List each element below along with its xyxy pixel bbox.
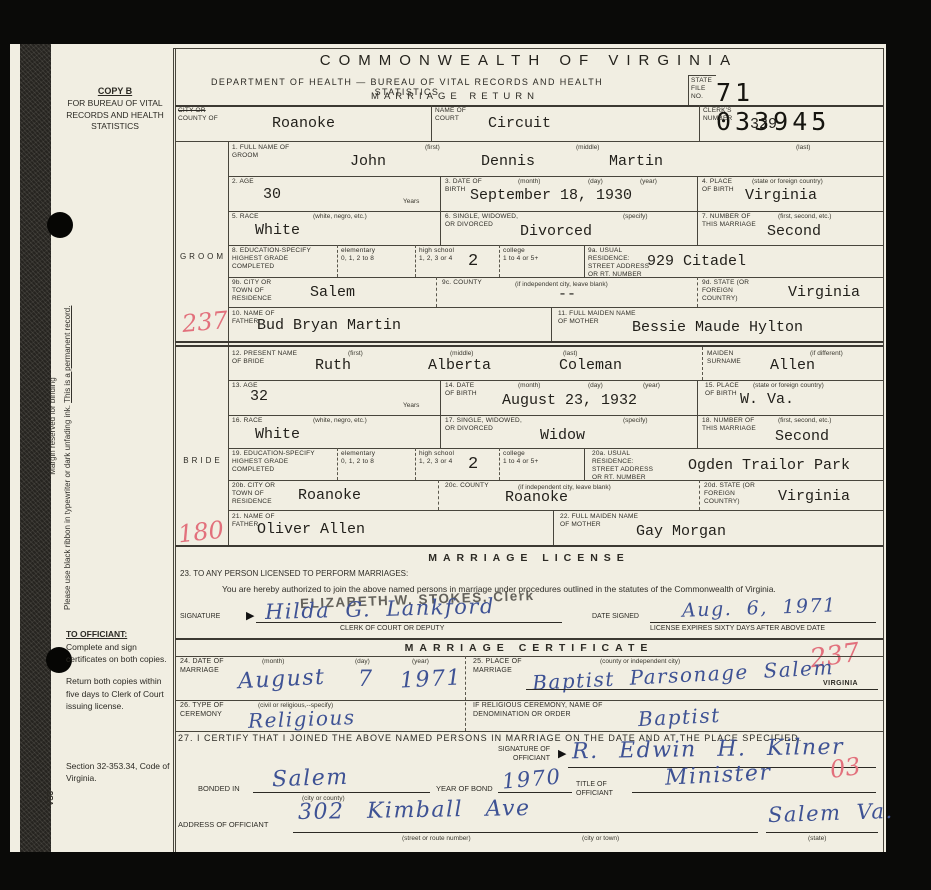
grid-line [553,510,554,545]
clerk-number-label: CLERK'S NUMBER [703,107,743,123]
edu-elementary-range: 0, 1, 2 to 8 [341,458,374,465]
year-hint: (year) [640,178,657,186]
groom-race-label: 5. RACE [232,213,259,221]
bride-pob-value: W. Va. [740,391,794,408]
date-signed-label: DATE SIGNED [592,612,639,621]
grid-line [440,176,441,245]
groom-section-label: GROOM [178,252,228,261]
place-state-print: VIRGINIA [823,680,858,687]
marriage-place-label: 25. PLACE OF MARRIAGE [473,658,523,676]
groom-first-name: John [350,153,386,170]
bride-residence-label: 20a. USUAL RESIDENCE: STREET ADDRESS OR … [592,450,654,483]
edu-highschool-word: high school [419,450,454,457]
groom-residence-value: 929 Citadel [647,253,746,270]
edu-elementary-label: elementary 0, 1, 2 to 8 [341,450,401,466]
signature-arrow-icon: ▶ [246,609,254,622]
race-hint: (white, negro, etc.) [313,417,367,425]
grid-line [175,700,883,701]
punch-hole-icon [47,212,73,238]
marriage-day-value: 7 [358,667,374,692]
court-value: Circuit [488,115,551,132]
officiant-title-line [632,792,876,793]
edu-college-range: 1 to 4 or 5+ [503,458,538,465]
officiant-signature: R. Edwin H. Kilner [572,735,845,765]
date-signed-line [650,622,876,623]
bride-status-value: Widow [540,427,585,444]
edu-highschool-word: high school [419,247,454,254]
signature-label: SIGNATURE [180,612,220,621]
margin-ink-text: Please use black ribbon in typewriter or… [63,405,72,610]
month-hint: (month) [518,382,540,390]
edu-college-label: college 1 to 4 or 5+ [503,247,563,263]
license-expires-note: LICENSE EXPIRES SIXTY DAYS AFTER ABOVE D… [650,624,825,633]
grid-line [415,245,416,277]
officiant-address-state: Salem Va. [768,799,894,827]
bride-first-name: Ruth [315,357,351,374]
bride-education-label: 19. EDUCATION-SPECIFY HIGHEST GRADE COMP… [232,450,327,474]
bride-education-value: 2 [468,455,478,474]
bonded-line [253,792,430,793]
grid-line [228,277,883,278]
grid-line [702,347,703,380]
grid-line [883,48,884,852]
to-officiant-note: TO OFFICIANT: Complete and sign certific… [66,628,176,712]
grid-line [699,105,700,141]
grid-line [228,380,883,381]
form-code: VS3 [46,791,55,806]
groom-education-label: 8. EDUCATION-SPECIFY HIGHEST GRADE COMPL… [232,247,327,271]
scanned-marriage-return: COPY B FOR BUREAU OF VITAL RECORDS AND H… [0,0,931,890]
specify-hint: (specify) [623,417,648,425]
license-title: MARRIAGE LICENSE [175,552,883,564]
form-title: COMMONWEALTH OF VIRGINIA [175,52,883,69]
grid-line [175,345,883,347]
bride-dob-value: August 23, 1932 [502,392,637,409]
grid-line [228,307,883,308]
marriage-no-hint: (first, second, etc.) [778,417,831,425]
grid-line [499,245,500,277]
marriage-year-value: 1971 [399,665,462,693]
copy-for-label: FOR BUREAU OF VITAL RECORDS AND HEALTH S… [56,98,174,132]
groom-state-value: Virginia [788,284,860,301]
officiant-title-value: Minister [664,760,772,791]
last-hint: (last) [796,144,810,152]
grid-line [697,277,698,307]
year-hint: (year) [412,658,429,666]
bride-county-value: Roanoke [505,489,568,506]
bride-county-label: 20c. COUNTY [445,482,489,490]
groom-age-label: 2. AGE [232,178,254,186]
grid-line [228,141,229,545]
grid-line [436,277,437,307]
groom-state-label: 9d. STATE (OR FOREIGN COUNTRY) [702,279,757,303]
groom-mother-label: 11. FULL MAIDEN NAME OF MOTHER [558,310,638,326]
maiden-surname-label: MAIDEN SURNAME [707,350,752,366]
denomination-value: Baptist [637,703,721,731]
bride-dob-label: 14. DATE OF BIRTH [445,382,485,398]
grid-line [175,341,883,343]
grid-line [175,656,883,657]
day-hint: (day) [355,658,370,666]
bride-race-value: White [255,426,300,443]
groom-status-label: 6. SINGLE, WIDOWED, OR DIVORCED [445,213,530,229]
binding-strip [20,44,51,852]
county-value: Roanoke [272,115,335,132]
to-officiant-title: TO OFFICIANT: [66,628,176,641]
edu-highschool-range: 1, 2, 3 or 4 [419,458,452,465]
grid-line [337,448,338,480]
bride-status-label: 17. SINGLE, WIDOWED, OR DIVORCED [445,417,530,433]
state-file-label: STATE FILE NO. [691,77,715,101]
signature-sub-label: CLERK OF COURT OR DEPUTY [340,624,444,633]
groom-father-value: Bud Bryan Martin [257,317,401,334]
grid-line [175,638,883,640]
to-officiant-p1: Complete and sign certificates on both c… [66,641,176,666]
grid-line [699,480,700,510]
margin-ink-note: Please use black ribbon in typewriter or… [63,258,73,610]
month-hint: (month) [518,178,540,186]
street-hint: (street or route number) [402,835,471,843]
grid-line [228,415,883,416]
marriage-date-label: 24. DATE OF MARRIAGE [180,658,230,676]
year-hint: (year) [643,382,660,390]
bond-year-value: 1970 [501,764,562,793]
years-label: Years [403,198,419,206]
groom-pob-value: Virginia [745,187,817,204]
document-page: COPY B FOR BUREAU OF VITAL RECORDS AND H… [10,44,886,852]
date-signed-value: Aug. 6, 1971 [682,594,837,621]
edu-college-range: 1 to 4 or 5+ [503,255,538,262]
copy-designation: COPY B FOR BUREAU OF VITAL RECORDS AND H… [56,84,174,133]
grid-line [688,75,689,105]
day-hint: (day) [588,382,603,390]
bride-margin-annotation: 180 [177,516,225,549]
grid-line [465,656,466,731]
grid-line [175,545,883,547]
pob-hint: (state or foreign country) [752,178,823,186]
groom-marriage-no-label: 7. NUMBER OF THIS MARRIAGE [702,213,757,229]
grid-line [175,141,883,142]
bride-marriage-no-value: Second [775,428,829,445]
city-town-hint: (city or town) [582,835,619,843]
bride-state-value: Virginia [778,488,850,505]
bonded-value: Salem [272,765,349,793]
bride-marriage-no-label: 18. NUMBER OF THIS MARRIAGE [702,417,757,433]
grid-line [228,245,883,246]
grid-line [228,211,883,212]
groom-last-name: Martin [609,153,663,170]
margin-binding-note: Margin reserved for binding [48,360,58,492]
grid-line [173,48,884,49]
bride-maiden-value: Allen [770,357,815,374]
ceremony-value: Religious [248,705,356,733]
day-hint: (day) [588,178,603,186]
groom-middle-name: Dennis [481,153,535,170]
certificate-title: MARRIAGE CERTIFICATE [175,642,883,654]
officiant-address-label: ADDRESS OF OFFICIANT [178,820,268,830]
bride-name-label: 12. PRESENT NAME OF BRIDE [232,350,307,366]
ceremony-type-label: 26. TYPE OF CEREMONY [180,702,225,720]
grid-line [697,176,698,245]
bride-middle-name: Alberta [428,357,491,374]
bride-last-name: Coleman [559,357,622,374]
groom-margin-annotation: 237 [181,306,229,338]
margin-permanent-text: This is a permanent record. [63,306,72,403]
first-hint: (first) [425,144,440,152]
clerk-signature: Hilda G. Lankford [265,594,495,624]
edu-elementary-word: elementary [341,247,375,254]
middle-hint: (middle) [576,144,599,152]
grid-line [415,448,416,480]
groom-county-value: -- [558,286,576,303]
officiant-title-label: TITLE OF OFFICIANT [576,780,618,798]
years-label: Years [403,402,419,410]
code-reference: Section 32-353.34, Code of Virginia. [66,760,176,785]
grid-line [228,480,883,481]
court-label: NAME OF COURT [435,107,475,123]
grid-line [228,176,883,177]
denomination-label: IF RELIGIOUS CEREMONY, NAME OF DENOMINAT… [473,702,623,720]
bride-mother-label: 22. FULL MAIDEN NAME OF MOTHER [560,513,640,529]
address-state-line [766,832,878,833]
bride-father-value: Oliver Allen [257,521,365,538]
grid-line [228,448,883,449]
groom-city-value: Salem [310,284,355,301]
bride-city-label: 20b. CITY OR TOWN OF RESIDENCE [232,482,292,506]
bride-section-label: BRIDE [178,456,228,465]
officiant-signature-label: SIGNATURE OF OFFICIANT [488,745,550,763]
groom-county-label: 9c. COUNTY [442,279,482,287]
officiant-address-value: 302 Kimball Ave [298,796,531,825]
race-hint: (white, negro, etc.) [313,213,367,221]
grid-line [438,480,439,510]
bride-residence-value: Ogden Trailor Park [688,457,850,474]
bride-pob-label: 15. PLACE OF BIRTH [705,382,743,398]
marriage-month-value: August [237,665,326,695]
groom-pob-label: 4. PLACE OF BIRTH [702,178,740,194]
county-of-label: COUNTY OF [178,115,218,122]
bond-year-label: YEAR OF BOND [436,784,493,794]
marriage-no-hint: (first, second, etc.) [778,213,831,221]
groom-age-value: 30 [263,186,281,203]
bride-race-label: 16. RACE [232,417,263,425]
grid-line [175,105,883,107]
grid-line [431,105,432,141]
groom-dob-value: September 18, 1930 [470,187,632,204]
state-hint: (state) [808,835,826,843]
signature-arrow-icon: ▶ [558,747,566,760]
grid-line [697,380,698,448]
edu-elementary-range: 0, 1, 2 to 8 [341,255,374,262]
pob-hint: (state or foreign country) [753,382,824,390]
grid-line [688,75,716,76]
copy-label: COPY B [56,84,174,98]
clerk-number-value: 329 [750,116,777,133]
bride-state-label: 20d. STATE (OR FOREIGN COUNTRY) [704,482,759,506]
groom-city-label: 9b. CITY OR TOWN OF RESIDENCE [232,279,292,303]
month-hint: (month) [262,658,284,666]
county-label: CITY OR COUNTY OF [178,107,228,123]
groom-residence-label: 9a. USUAL RESIDENCE: STREET ADDRESS OR R… [588,247,650,280]
certificate-code-annotation: 03 [828,752,862,784]
place-line [526,689,878,690]
edu-college-word: college [503,247,525,254]
groom-status-value: Divorced [520,223,592,240]
edu-college-label: college 1 to 4 or 5+ [503,450,563,466]
groom-marriage-no-value: Second [767,223,821,240]
grid-line [584,245,585,277]
bride-mother-value: Gay Morgan [636,523,726,540]
groom-education-value: 2 [468,252,478,271]
grid-line [337,245,338,277]
grid-line [499,448,500,480]
edu-highschool-range: 1, 2, 3 or 4 [419,255,452,262]
bonded-in-label: BONDED IN [198,784,240,794]
license-item23: 23. TO ANY PERSON LICENSED TO PERFORM MA… [180,569,408,579]
edu-elementary-word: elementary [341,450,375,457]
bride-city-value: Roanoke [298,487,361,504]
to-officiant-p2: Return both copies within five days to C… [66,675,176,712]
edu-college-word: college [503,450,525,457]
groom-name-label: 1. FULL NAME OF GROOM [232,144,302,160]
groom-race-value: White [255,222,300,239]
address-line [293,832,758,833]
grid-line [440,380,441,448]
form-name: MARRIAGE RETURN [290,91,620,102]
grid-line [228,510,883,511]
bride-age-value: 32 [250,388,268,405]
groom-mother-value: Bessie Maude Hylton [632,319,803,336]
city-or-label: CITY OR [178,107,206,114]
edu-elementary-label: elementary 0, 1, 2 to 8 [341,247,401,263]
grid-line [584,448,585,480]
specify-hint: (specify) [623,213,648,221]
grid-line [551,307,552,341]
